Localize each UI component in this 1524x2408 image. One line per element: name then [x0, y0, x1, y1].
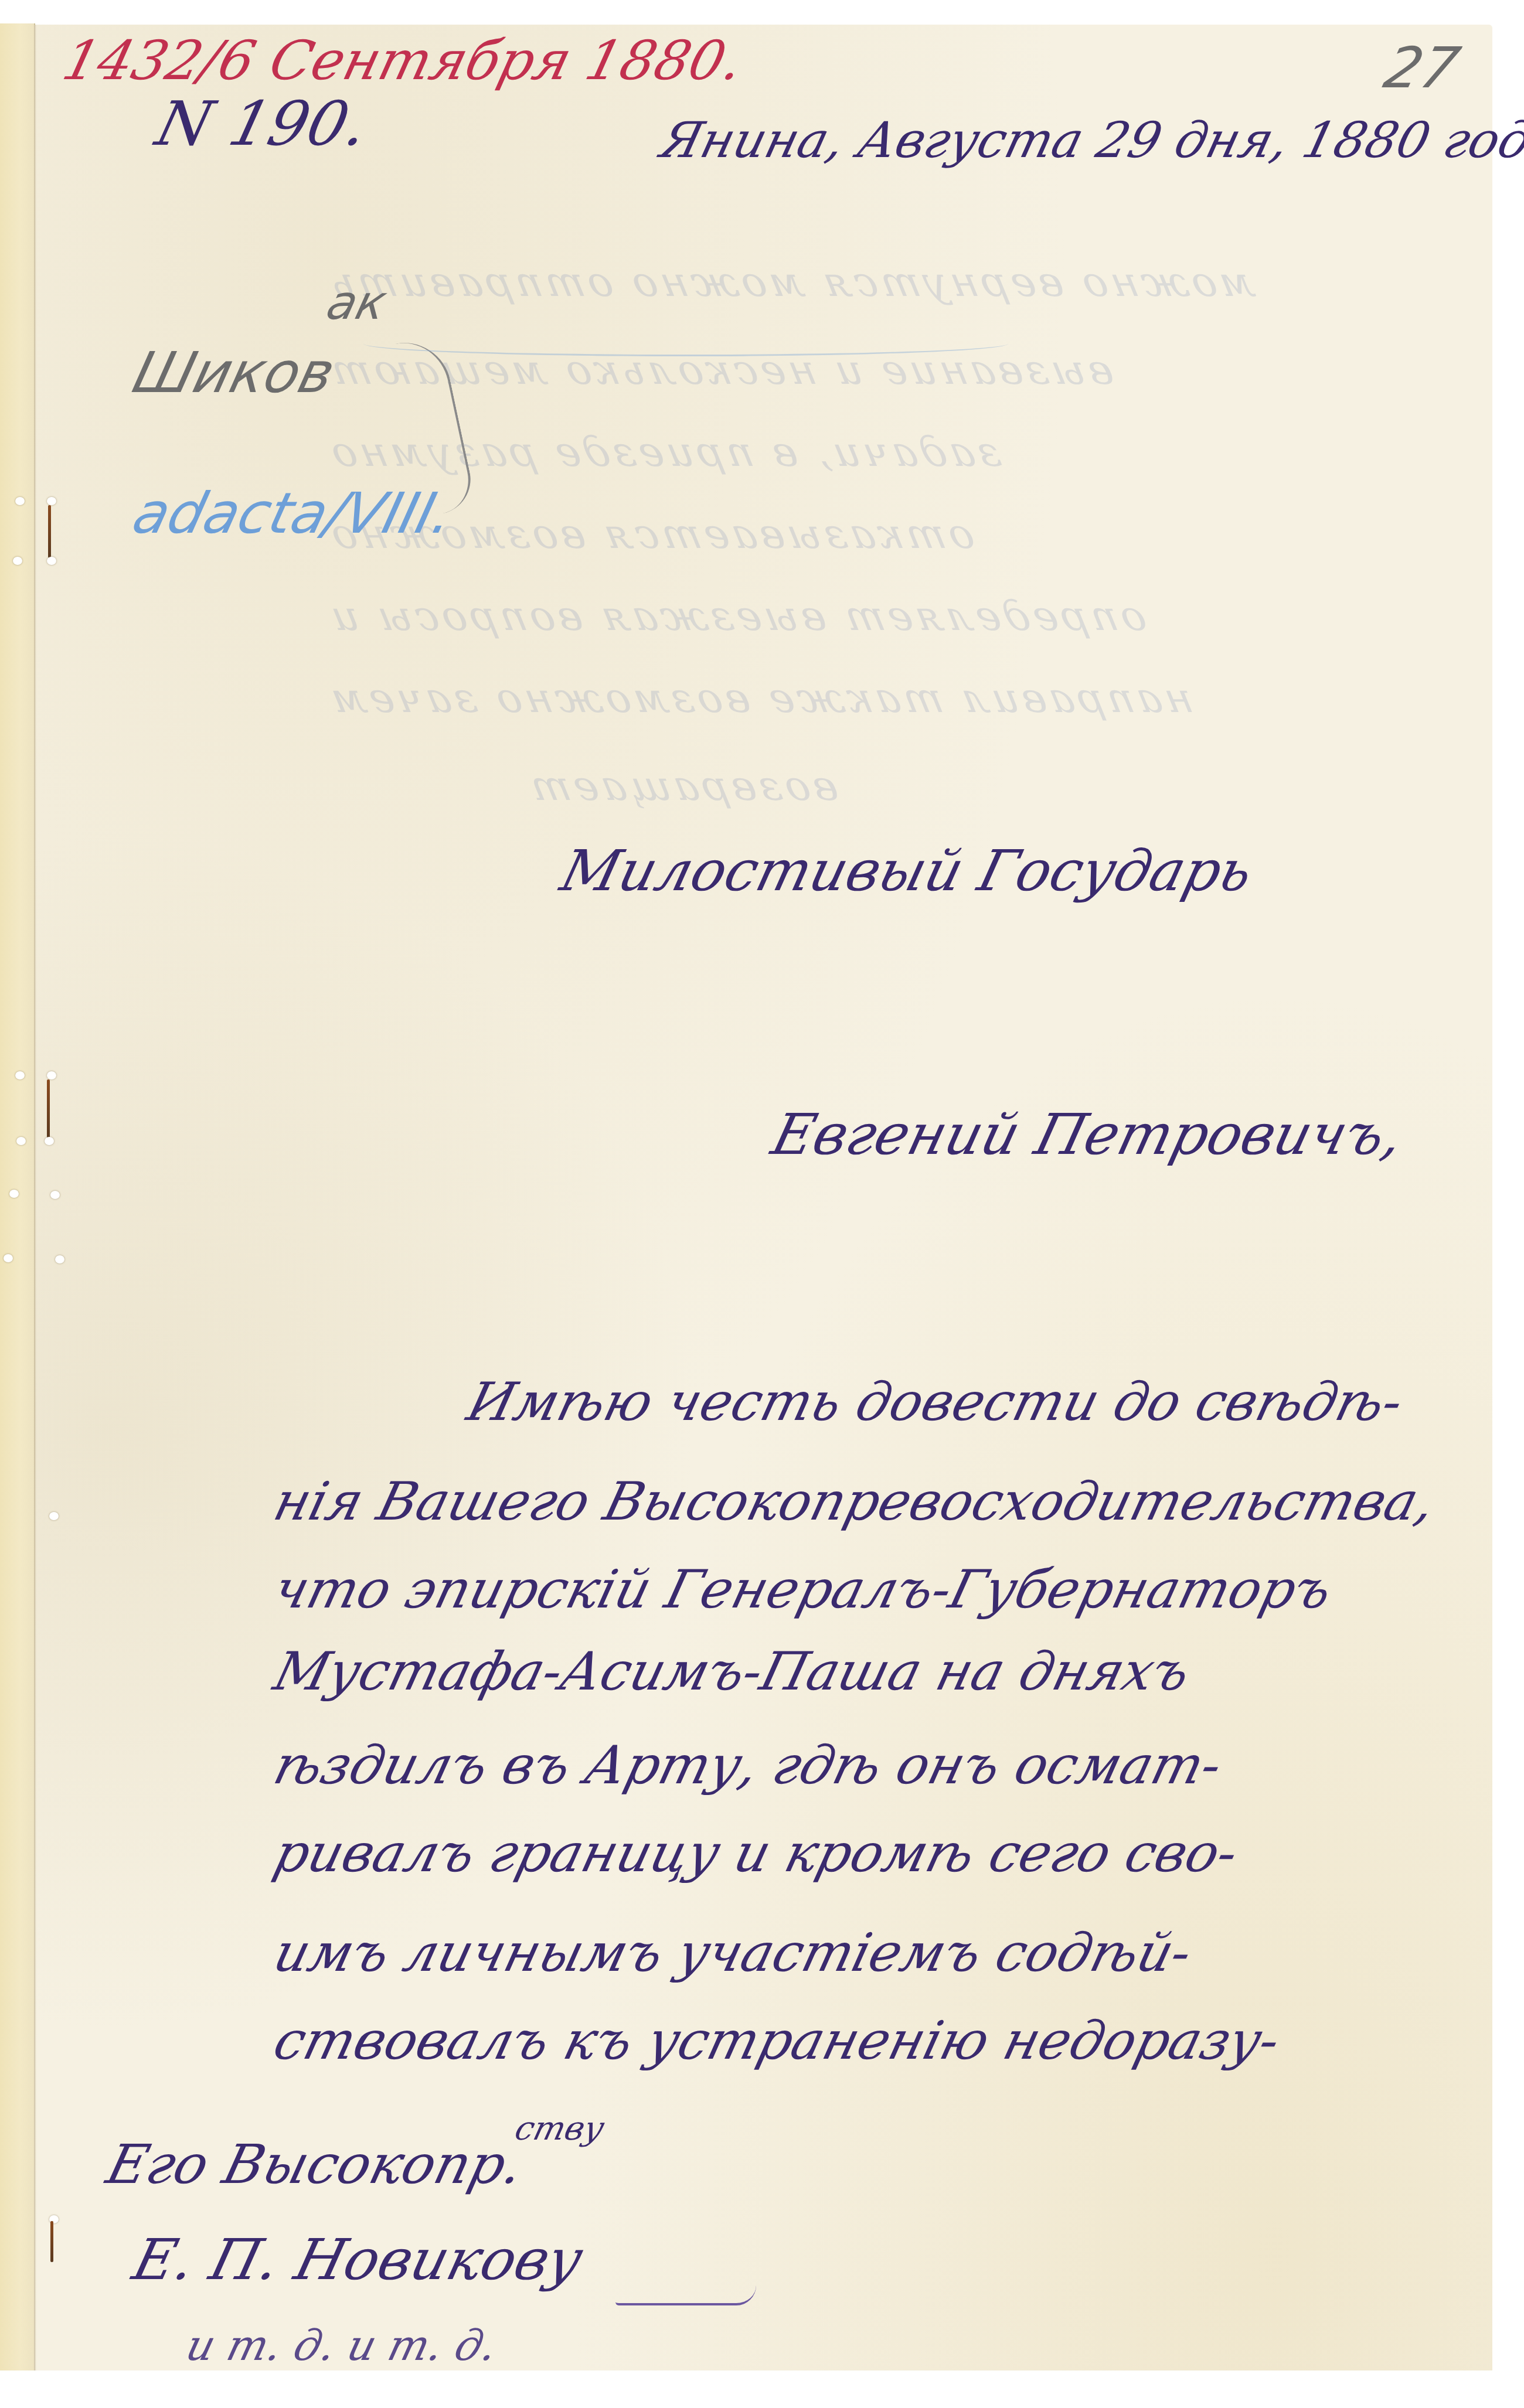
blue-pencil-stroke [363, 331, 1008, 356]
scanned-page: можно вернутся можно отправить вызвание … [0, 0, 1524, 2408]
binding-strip [0, 23, 35, 2370]
punch-hole [4, 1254, 13, 1262]
rusted-staple-icon [50, 2221, 53, 2262]
dispatch-number: N 190. [149, 88, 376, 159]
punch-hole [49, 1512, 59, 1520]
punch-hole [47, 1071, 56, 1079]
name-underline-flourish [615, 2286, 756, 2305]
punch-hole [15, 1071, 25, 1079]
bleed-through-line: определяет выезжая вопросы и [323, 592, 1150, 640]
body-line: ѣздилъ въ Арту, гдѣ онъ осмат- [268, 1735, 1228, 1796]
bleed-through-line: направил также возможно зачем [323, 674, 1197, 722]
punch-hole [15, 497, 25, 505]
punch-hole [45, 1137, 54, 1145]
punch-hole [50, 1191, 60, 1199]
punch-hole [47, 497, 56, 505]
pencil-note-name: Шиков [127, 340, 341, 406]
punch-hole [47, 557, 56, 565]
rusted-staple-icon [48, 505, 51, 558]
punch-hole [9, 1190, 19, 1198]
body-line: Имѣю честь довести до свѣдѣ- [461, 1371, 1409, 1433]
addressee-title-superscript: ству [511, 2110, 608, 2148]
salutation-line-1: Милостивый Государь [555, 838, 1260, 904]
fold-line [34, 25, 36, 2370]
body-line: нія Вашего Высокопревосходительства, [268, 1471, 1441, 1532]
body-line: Мустафа-Асимъ-Паша на дняхъ [268, 1641, 1196, 1702]
body-line: ривалъ границу и кромѣ сего сво- [268, 1823, 1244, 1884]
punch-hole [16, 1137, 26, 1145]
punch-hole [55, 1255, 64, 1263]
addressee-name: Е. П. Новикову [127, 2227, 590, 2293]
rusted-staple-icon [47, 1079, 50, 1138]
registry-note: 1432/6 Сентября 1880. [57, 29, 750, 92]
salutation-line-2: Евгений Петровичъ, [766, 1102, 1410, 1167]
body-line: что эпирскій Генералъ-Губернаторъ [268, 1559, 1338, 1620]
body-line: ствовалъ къ устраненію недоразу- [268, 2010, 1286, 2072]
bleed-through-line: возвращает [522, 762, 842, 810]
addressee-title: Его Высокопр. [101, 2133, 530, 2196]
addressee-etc: и т. д. и т. д. [182, 2321, 502, 2370]
blue-pencil-note: adacta/VIII. [127, 481, 460, 546]
body-line: имъ личнымъ участіемъ содѣй- [268, 1922, 1198, 1984]
bleed-through-line: можно вернутся можно отправить [323, 258, 1258, 306]
place-date-line: Янина, Августа 29 дня, 1880 года. [655, 111, 1524, 169]
punch-hole [13, 557, 22, 565]
